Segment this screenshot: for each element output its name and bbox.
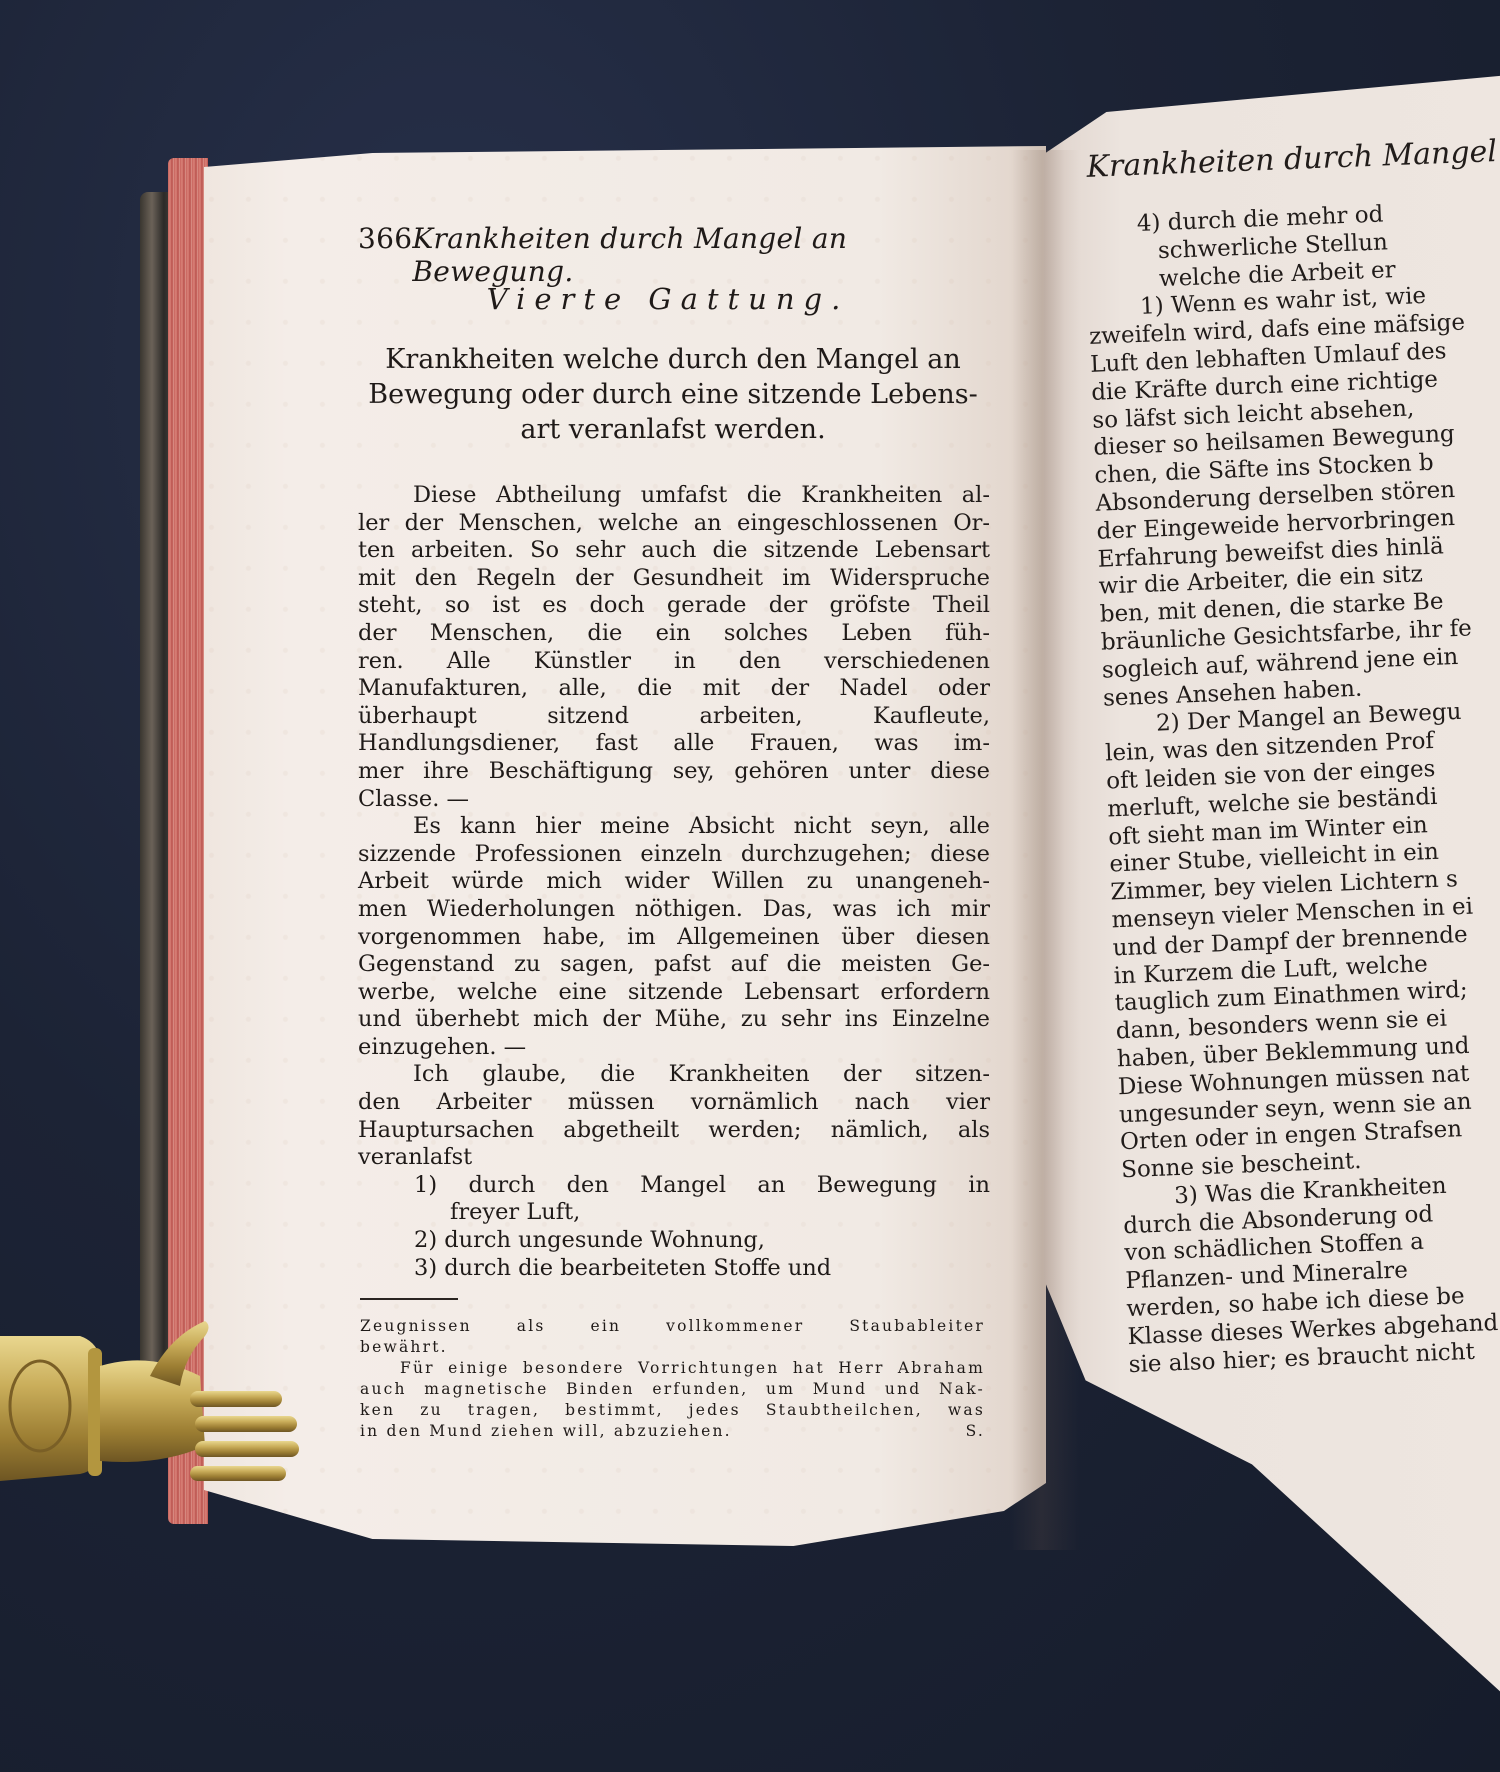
right-body-text: 4) durch die mehr od schwerliche Stellun… [1084,194,1500,1380]
left-body-text: Diese Abtheilung umfafst die Krankheiten… [358,482,990,1282]
footnote-signature: S. [966,1421,985,1442]
list-item: 3) durch die bearbeiteten Stoffe und [358,1255,990,1283]
text-line: der Menschen, die ein solches Leben füh- [358,620,990,648]
text-line: und überhebt mich der Mühe, zu sehr ins … [358,1006,990,1034]
chapter-heading-line: art veranlafst werden. [358,412,988,447]
running-head: 366 Krankheiten durch Mangel an Bewegung… [358,222,978,288]
text-line: mer ihre Beschäftigung sey, gehören unte… [358,758,990,786]
footnote-line: in den Mund ziehen will, abzuziehen.S. [360,1421,985,1442]
list-item: 1) durch den Mangel an Bewegung in [358,1172,990,1200]
right-page-text: Krankheiten durch Mangel a 4) durch die … [1082,131,1500,1380]
text-line: werbe, welche eine sitzende Lebensart er… [358,979,990,1007]
text-line: Manufakturen, alle, die mit der Nadel od… [358,675,990,703]
text-line: Hauptursachen abgetheilt werden; nämlich… [358,1117,990,1145]
footnote-line: bewährt. [360,1337,985,1358]
text-line: Ich glaube, die Krankheiten der sitzen- [358,1061,990,1089]
text-line: vorgenommen habe, im Allgemeinen über di… [358,924,990,952]
brass-hand-icon [0,1296,310,1506]
footnote-line: ken zu tragen, bestimmt, jedes Staubthei… [360,1400,985,1421]
text-line: den Arbeiter müssen vornämlich nach vier [358,1089,990,1117]
text-line: Gegenstand zu sagen, pafst auf die meist… [358,951,990,979]
text-line: Arbeit würde mich wider Willen zu unange… [358,868,990,896]
text-line: Es kann hier meine Absicht nicht seyn, a… [358,813,990,841]
text-line: Diese Abtheilung umfafst die Krankheiten… [358,482,990,510]
text-line: sizzende Professionen einzeln durchzugeh… [358,841,990,869]
footnote-line: Zeugnissen als ein vollkommener Staubabl… [360,1316,985,1337]
text-line: überhaupt sitzend arbeiten, Kaufleute, [358,703,990,731]
text-line: einzugehen. — [358,1034,990,1062]
footnote-line: Für einige besondere Vorrichtungen hat H… [360,1358,985,1379]
list-item: 2) durch ungesunde Wohnung, [358,1227,990,1255]
section-title: Vierte Gattung. [358,282,978,316]
footnote-divider [360,1298,458,1300]
text-line: ten arbeiten. So sehr auch die sitzende … [358,537,990,565]
text-line: ren. Alle Künstler in den verschiedenen [358,648,990,676]
book-gutter [1010,150,1080,1550]
chapter-heading-line: Krankheiten welche durch den Mangel an [358,342,988,377]
text-line: ler der Menschen, welche an eingeschloss… [358,510,990,538]
chapter-heading-line: Bewegung oder durch eine sitzende Lebens… [358,377,988,412]
running-head-title: Krankheiten durch Mangel an Bewegung. [412,222,978,288]
text-line: Classe. — [358,786,990,814]
page-number: 366 [358,222,412,255]
footnote: Zeugnissen als ein vollkommener Staubabl… [360,1316,985,1442]
list-item: freyer Luft, [358,1199,990,1227]
text-line: steht, so ist es doch gerade der gröfste… [358,592,990,620]
footnote-line: auch magnetische Binden erfunden, um Mun… [360,1379,985,1400]
text-line: Handlungsdiener, fast alle Frauen, was i… [358,730,990,758]
text-line: mit den Regeln der Gesundheit im Widersp… [358,565,990,593]
chapter-heading: Krankheiten welche durch den Mangel an B… [358,342,988,447]
text-line: veranlafst [358,1144,990,1172]
text-line: men Wiederholungen nöthigen. Das, was ic… [358,896,990,924]
footnote-line-text: in den Mund ziehen will, abzuziehen. [360,1422,732,1440]
